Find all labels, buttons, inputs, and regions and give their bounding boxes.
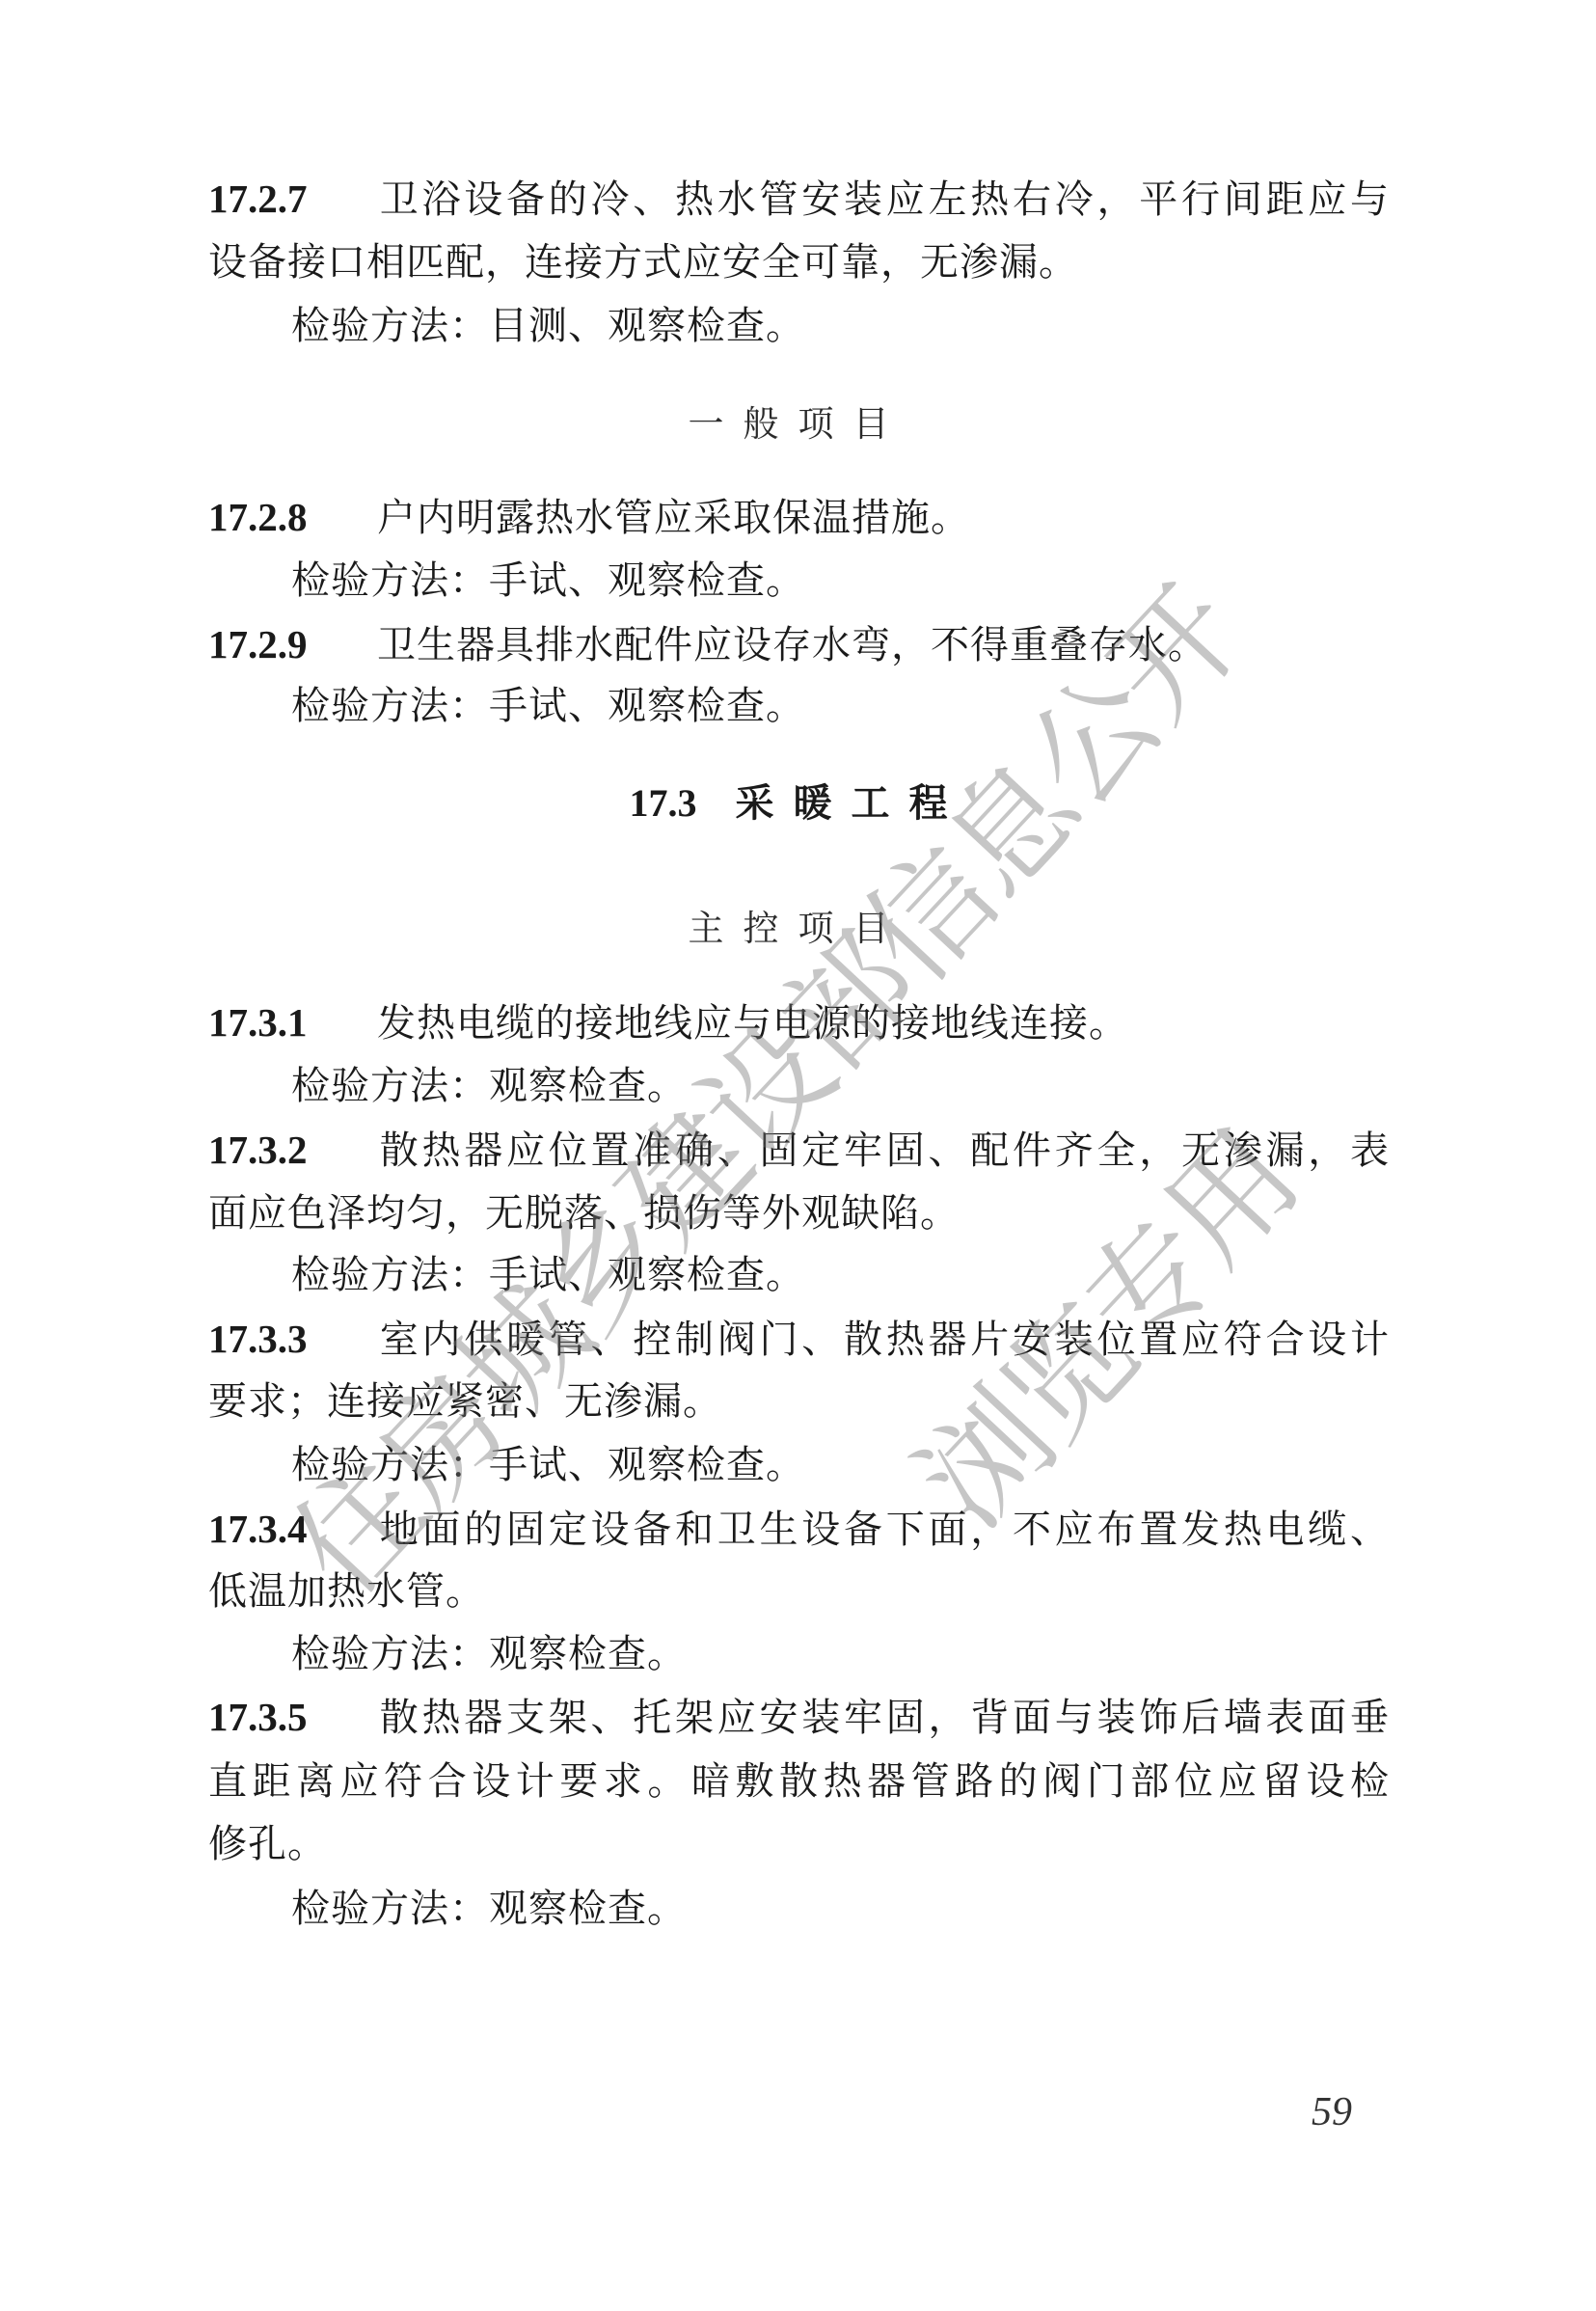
clause-17-3-5-line-3: 修孔。 (208, 1812, 1390, 1876)
inspection-method: 检验方法：观察检查。 (291, 1054, 1390, 1118)
document-page: 17.2.7卫浴设备的冷、热水管安装应左热右冷，平行间距应与 设备接口相匹配，连… (0, 0, 1596, 2311)
clause-17-3-4-line-2: 低温加热水管。 (208, 1560, 1390, 1623)
clause-17-3-4-line-1: 17.3.4地面的固定设备和卫生设备下面，不应布置发热电缆、 (208, 1497, 1390, 1561)
inspection-method: 检验方法：手试、观察检查。 (291, 549, 1390, 612)
clause-number: 17.2.9 (208, 612, 377, 676)
clause-17-3-1-line-1: 17.3.1发热电缆的接地线应与电源的接地线连接。 (208, 991, 1390, 1054)
inspection-method: 检验方法：目测、观察检查。 (291, 294, 1390, 358)
section-number: 17.3 (630, 781, 697, 825)
inspection-method: 检验方法：手试、观察检查。 (291, 674, 1390, 738)
subheading-general-items: 一般项目 (0, 393, 1596, 456)
subheading-main-control-items: 主控项目 (0, 897, 1596, 961)
clause-number: 17.3.5 (208, 1685, 377, 1749)
clause-17-2-7-line-2: 设备接口相匹配，连接方式应安全可靠，无渗漏。 (208, 231, 1390, 294)
clause-number: 17.3.1 (208, 991, 377, 1054)
clause-number: 17.3.3 (208, 1307, 377, 1371)
clause-17-2-9-line-1: 17.2.9卫生器具排水配件应设存水弯，不得重叠存水。 (208, 612, 1390, 676)
clause-17-3-2-line-1: 17.3.2散热器应位置准确、固定牢固、配件齐全，无渗漏，表 (208, 1118, 1390, 1182)
clause-number: 17.2.7 (208, 167, 377, 231)
clause-number: 17.3.2 (208, 1118, 377, 1182)
clause-17-3-3-line-1: 17.3.3室内供暖管、控制阀门、散热器片安装位置应符合设计 (208, 1307, 1390, 1371)
clause-17-2-7-line-1: 17.2.7卫浴设备的冷、热水管安装应左热右冷，平行间距应与 (208, 167, 1390, 231)
inspection-method: 检验方法：手试、观察检查。 (291, 1243, 1390, 1307)
clause-17-2-8-line-1: 17.2.8户内明露热水管应采取保温措施。 (208, 485, 1390, 549)
clause-number: 17.3.4 (208, 1497, 377, 1561)
inspection-method: 检验方法：观察检查。 (291, 1877, 1390, 1941)
clause-number: 17.2.8 (208, 485, 377, 549)
inspection-method: 检验方法：观察检查。 (291, 1622, 1390, 1686)
clause-17-3-2-line-2: 面应色泽均匀，无脱落、损伤等外观缺陷。 (208, 1182, 1390, 1245)
section-title: 采暖工程 (736, 780, 967, 826)
inspection-method: 检验方法：手试、观察检查。 (291, 1433, 1390, 1497)
clause-17-3-5-line-2: 直距离应符合设计要求。暗敷散热器管路的阀门部位应留设检 (208, 1750, 1390, 1813)
section-heading-17-3: 17.3采暖工程 (0, 772, 1596, 835)
clause-17-3-3-line-2: 要求；连接应紧密、无渗漏。 (208, 1370, 1390, 1433)
page-number: 59 (1312, 2089, 1352, 2135)
clause-17-3-5-line-1: 17.3.5散热器支架、托架应安装牢固，背面与装饰后墙表面垂 (208, 1685, 1390, 1749)
